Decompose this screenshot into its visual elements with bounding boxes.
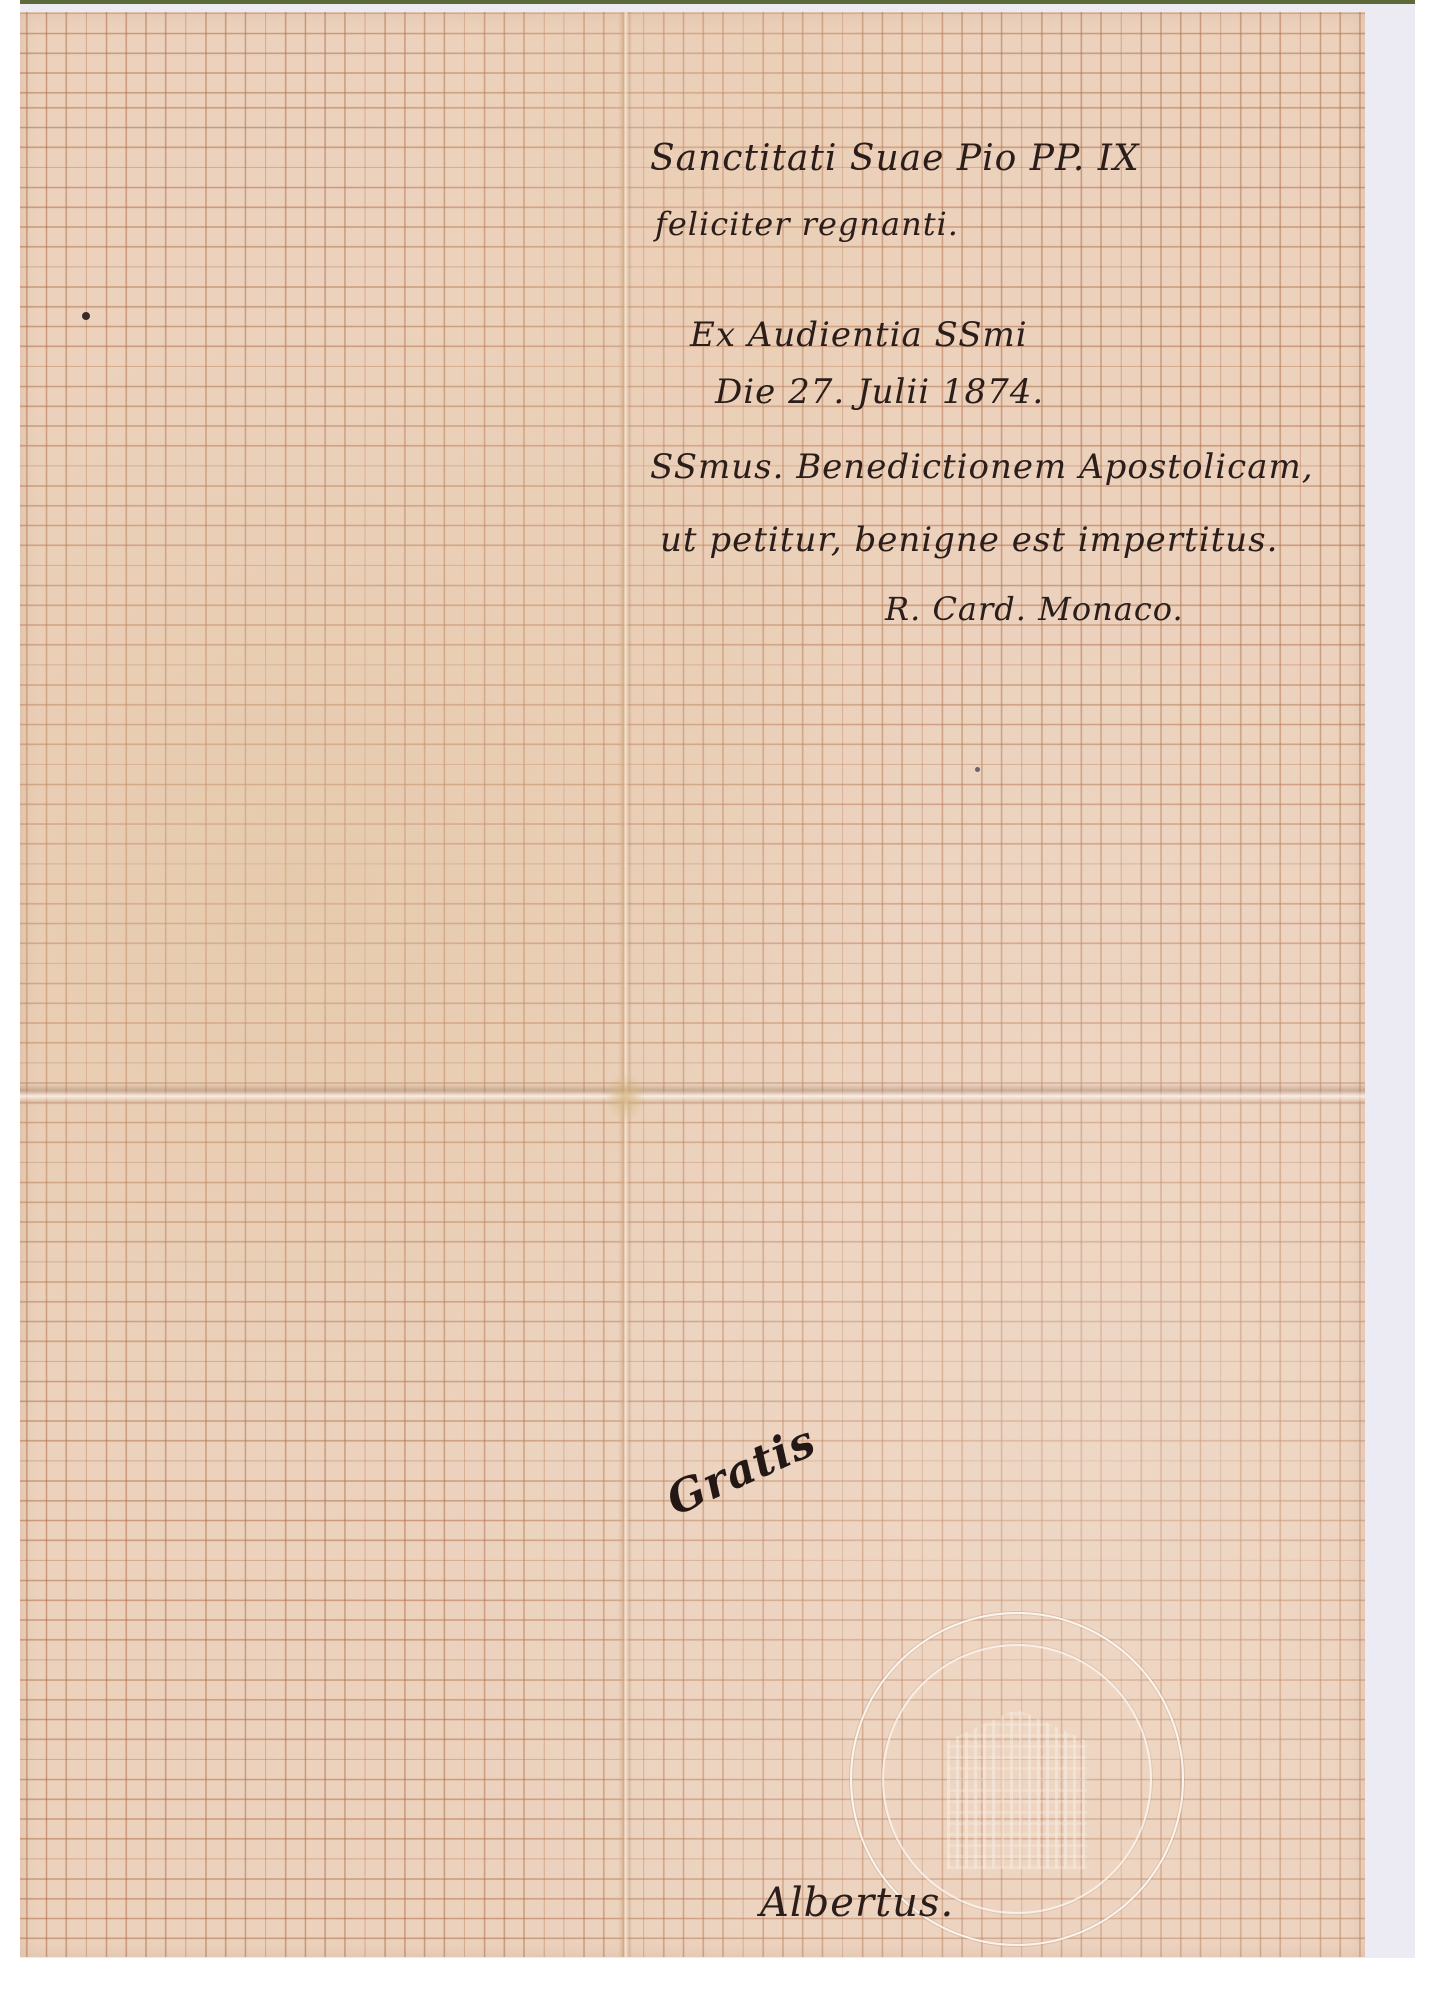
ink-speck bbox=[975, 767, 980, 772]
closing-signature: Albertus. bbox=[760, 1880, 954, 1926]
rescript-audience-heading: Ex Audientia SSmi bbox=[690, 315, 1028, 355]
ink-speck bbox=[82, 312, 90, 320]
address-line-2: feliciter regnanti. bbox=[655, 205, 959, 243]
rescript-body-line-1: SSmus. Benedictionem Apostolicam, bbox=[650, 447, 1314, 487]
rescript-body-line-2: ut petitur, benigne est impertitus. bbox=[660, 520, 1278, 560]
document-scan: Sanctitati Suae Pio PP. IX feliciter reg… bbox=[0, 0, 1454, 2000]
address-line-1: Sanctitati Suae Pio PP. IX bbox=[650, 138, 1140, 179]
graph-paper-sheet bbox=[20, 12, 1365, 1957]
scan-top-edge bbox=[20, 0, 1415, 4]
rescript-date: Die 27. Julii 1874. bbox=[715, 372, 1044, 412]
cardinal-signature: R. Card. Monaco. bbox=[885, 590, 1184, 628]
vertical-fold-crease bbox=[618, 12, 632, 1957]
embossed-seal-coat-of-arms-icon bbox=[947, 1709, 1087, 1869]
horizontal-fold-crease bbox=[20, 1084, 1365, 1106]
fold-intersection-wear bbox=[605, 1072, 645, 1122]
